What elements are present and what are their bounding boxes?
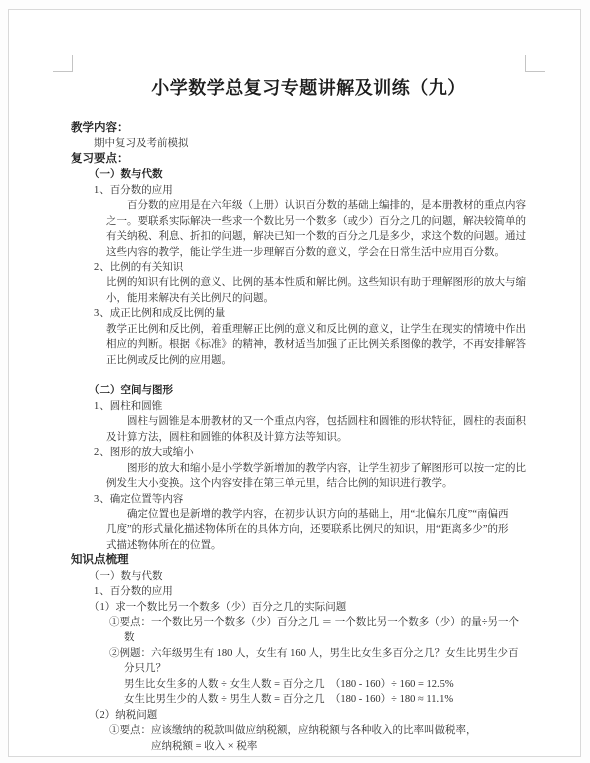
doc-line: 1、圆柱和圆锥 [9, 399, 580, 414]
doc-line: ②例题：六年级男生有 180 人，女生有 160 人，男生比女生多百分之几？女生… [9, 646, 580, 661]
doc-line: 教学正比例和反比例，着重理解正比例的意义和反比例的意义，让学生在现实的情境中作出 [9, 322, 580, 337]
doc-line: 分只几？ [9, 661, 580, 676]
doc-line: 数 [9, 630, 580, 645]
doc-line: 应纳税额 = 收入 × 税率 [9, 739, 580, 754]
doc-line: 及计算方法，圆柱和圆锥的体积及计算方法等知识。 [9, 430, 580, 445]
doc-line: 图形的放大和缩小是小学数学新增加的教学内容，让学生初步了解图形可以按一定的比 [9, 461, 580, 476]
text-boundary-mark-top-right [525, 55, 545, 72]
document-page: 小学数学总复习专题讲解及训练（九） 教学内容：期中复习及考前模拟复习要点：（一）… [8, 9, 581, 757]
doc-line: 知识点梳理 [9, 553, 580, 568]
doc-line: （1）求一个数比另一个数多（少）百分之几的实际问题 [9, 600, 580, 615]
document-title: 小学数学总复习专题讲解及训练（九） [9, 77, 580, 99]
doc-line: （二）空间与图形 [9, 383, 580, 398]
doc-line: 比例的知识有比例的意义、比例的基本性质和解比例。这些知识有助于理解图形的放大与缩 [9, 275, 580, 290]
doc-line: 女生比男生少的人数 ÷ 男生人数 = 百分之几 （180 - 160）÷ 180… [9, 692, 580, 707]
doc-line: （2）纳税问题 [9, 708, 580, 723]
doc-line: 1、百分数的应用 [9, 584, 580, 599]
doc-line: 几度”的形式量化描述物体所在的具体方向，还要联系比例尺的知识，用“距离多少”的形 [9, 522, 580, 537]
document-body: 教学内容：期中复习及考前模拟复习要点：（一）数与代数1、百分数的应用百分数的应用… [9, 121, 580, 754]
doc-line: 圆柱与圆锥是本册教材的又一个重点内容，包括圆柱和圆锥的形状特征，圆柱的表面积 [9, 414, 580, 429]
document-canvas: 小学数学总复习专题讲解及训练（九） 教学内容：期中复习及考前模拟复习要点：（一）… [0, 0, 590, 763]
doc-line: 复习要点： [9, 152, 580, 167]
doc-line: ①要点：应该缴纳的税款叫做应纳税额，应纳税额与各种收入的比率叫做税率， [9, 723, 580, 738]
doc-line: 式描述物体所在的位置。 [9, 538, 580, 553]
doc-line: 有关纳税、利息、折扣的问题，解决已知一个数的百分之几是多少，求这个数的问题。通过 [9, 229, 580, 244]
doc-line: 例发生大小变换。这个内容安排在第三单元里，结合比例的知识进行教学。 [9, 476, 580, 491]
doc-line: 教学内容： [9, 121, 580, 136]
doc-line: 2、比例的有关知识 [9, 260, 580, 275]
doc-line: ①要点：一个数比另一个数多（少）百分之几 ＝ 一个数比另一个数多（少）的量÷另一… [9, 615, 580, 630]
doc-line: 男生比女生多的人数 ÷ 女生人数 = 百分之几 （180 - 160）÷ 160… [9, 677, 580, 692]
doc-line: 相应的判断。根据《标准》的精神，教材适当加强了正比例关系图像的教学，不再安排解答 [9, 337, 580, 352]
doc-line [9, 368, 580, 383]
doc-line: 1、百分数的应用 [9, 183, 580, 198]
doc-line: 3、确定位置等内容 [9, 492, 580, 507]
doc-line: 这些内容的教学，能让学生进一步理解百分数的意义，学会在日常生活中应用百分数。 [9, 245, 580, 260]
text-boundary-mark-top-left [53, 55, 73, 72]
doc-line: 百分数的应用是在六年级（上册）认识百分数的基础上编排的，是本册教材的重点内容 [9, 198, 580, 213]
doc-line: 确定位置也是新增的教学内容，在初步认识方向的基础上，用“北偏东几度”“南偏西 [9, 507, 580, 522]
doc-line: 3、成正比例和成反比例的量 [9, 306, 580, 321]
doc-line: （一）数与代数 [9, 167, 580, 182]
doc-line: （一）数与代数 [9, 569, 580, 584]
doc-line: 期中复习及考前模拟 [9, 136, 580, 151]
doc-line: 之一。要联系实际解决一些求一个数比另一个数多（或少）百分之几的问题，解决较简单的 [9, 214, 580, 229]
doc-line: 小，能用来解决有关比例尺的问题。 [9, 291, 580, 306]
doc-line: 2、图形的放大或缩小 [9, 445, 580, 460]
doc-line: 正比例或反比例的应用题。 [9, 353, 580, 368]
